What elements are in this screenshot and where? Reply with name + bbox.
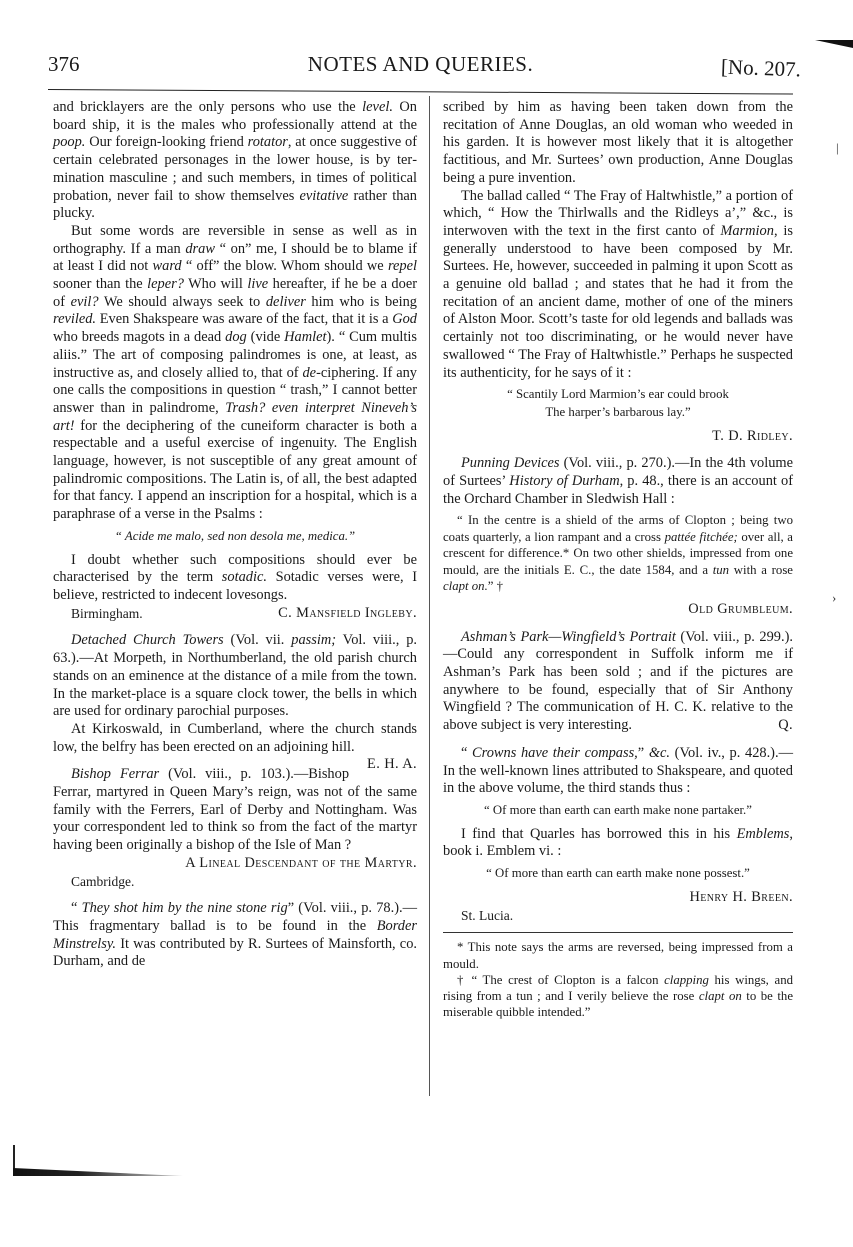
block-quote: “ Of more than earth can earth make none… [443,865,793,883]
scan-artifact-corner [815,40,853,48]
header-rule [48,89,793,95]
margin-mark: › [832,590,836,606]
paragraph: The ballad called “ The Fray of Haltwhis… [443,188,793,383]
page-header: 376 NOTES AND QUERIES. [No. 207. [48,52,793,82]
paragraph: I doubt whether such compositions should… [53,552,417,605]
footnote: † “ The crest of Clopton is a falcon cla… [443,972,793,1021]
scanned-page: 376 NOTES AND QUERIES. [No. 207. and bri… [0,0,853,1247]
signature: Q. [760,717,793,735]
paragraph: At Kirkoswald, in Cumberland, where the … [53,721,417,756]
paragraph: Bishop Ferrar (Vol. viii., p. 103.).—Bis… [53,766,417,855]
running-title: NOTES AND QUERIES. [48,52,793,77]
signature: Henry H. Breen. [443,889,793,907]
paragraph: Ashman’s Park—Wingfield’s Portrait (Vol.… [443,629,793,735]
signature: C. Mansfield Ingleby. [260,605,417,623]
column-rule [429,96,430,1096]
place-line: Cambridge. [53,873,417,891]
paragraph: and bricklayers are the only persons who… [53,99,417,223]
verse-quote: “ Scantily Lord Marmion’s ear could broo… [443,386,793,421]
margin-mark: | [836,140,839,156]
block-quote: “ Of more than earth can earth make none… [443,802,793,820]
signature: T. D. Ridley. [443,428,793,446]
footnote: * This note says the arms are reversed, … [443,939,793,972]
paragraph: I find that Quarles has borrowed this in… [443,826,793,861]
signature: E. H. A. [349,756,417,774]
footnote-rule [443,932,793,933]
block-quote: “ Acide me malo, sed non desola me, medi… [53,528,417,546]
issue-number: [No. 207. [721,55,802,83]
paragraph: Punning Devices (Vol. viii., p. 270.).—I… [443,455,793,508]
signature: A Lineal Descendant of the Martyr. [53,855,417,873]
paragraph: “ They shot him by the nine stone rig” (… [53,900,417,971]
signature: Old Grumbleum. [443,601,793,619]
left-column: and bricklayers are the only persons who… [53,99,417,971]
block-quote: “ In the centre is a shield of the arms … [443,512,793,595]
right-column: scribed by him as having been taken down… [443,99,793,1021]
scan-artifact-corner [13,1168,183,1176]
place-line: St. Lucia. [443,907,793,925]
paragraph: scribed by him as having been taken down… [443,99,793,188]
paragraph: But some words are reversible in sense a… [53,223,417,524]
paragraph: Detached Church Towers (Vol. vii. passim… [53,632,417,721]
paragraph: “ Crowns have their compass,” &c. (Vol. … [443,745,793,798]
